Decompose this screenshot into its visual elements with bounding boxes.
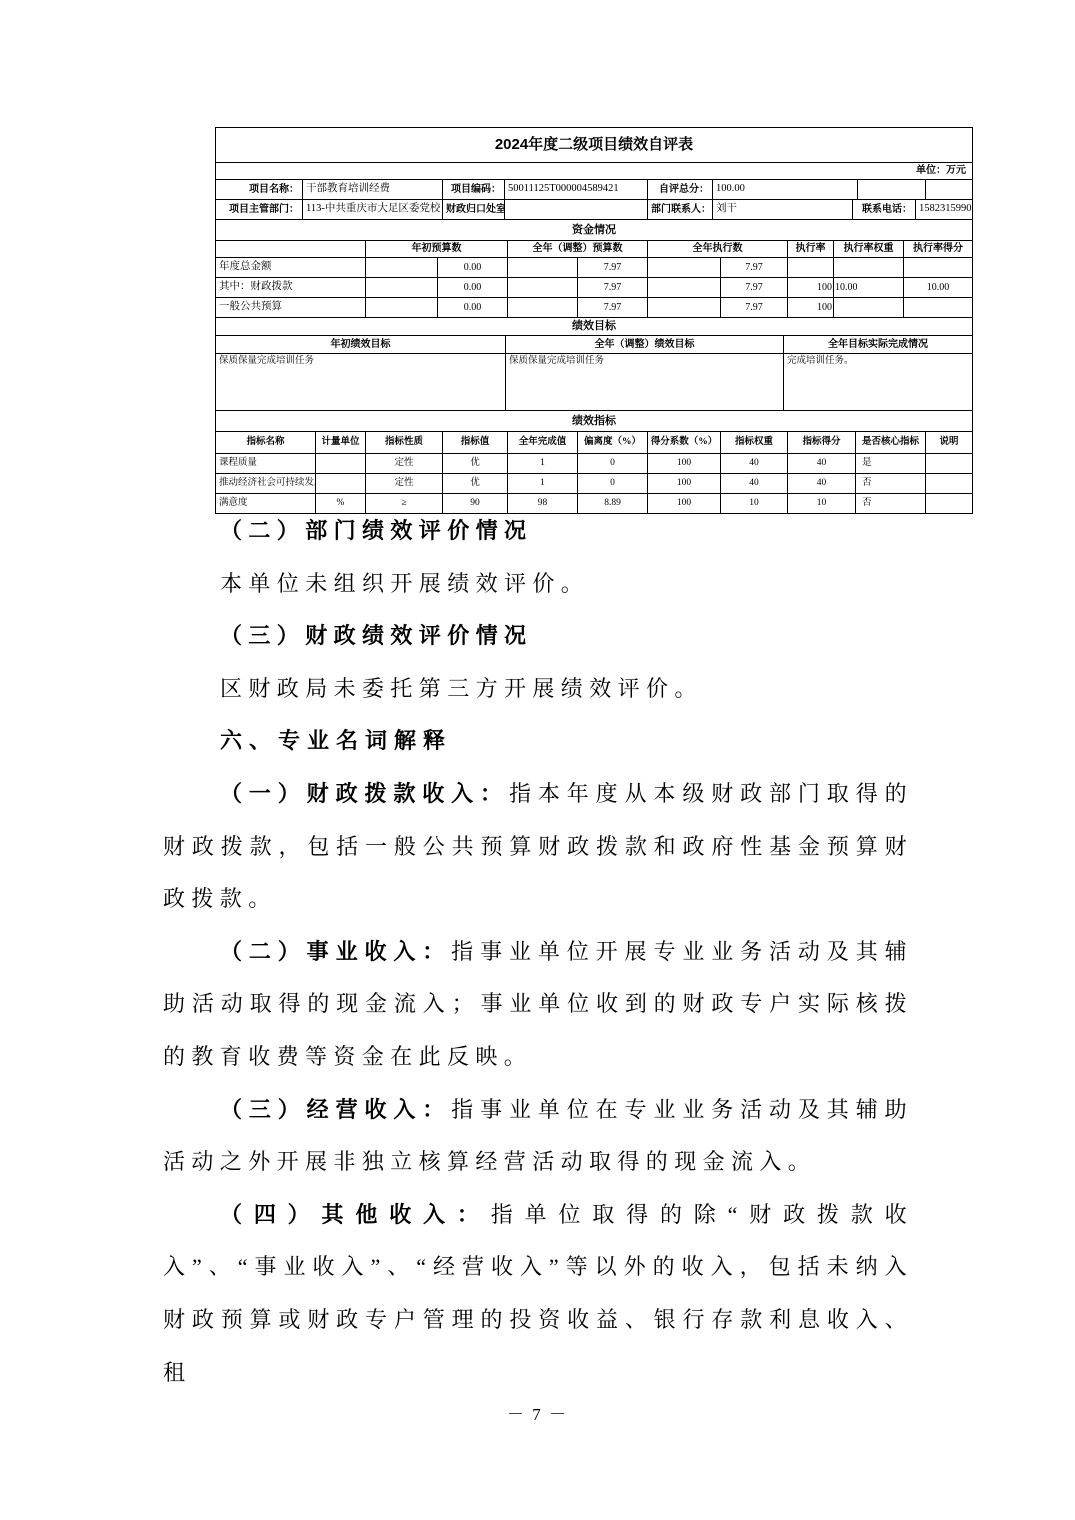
indicator-cell: 0	[578, 474, 648, 494]
col-header-initial-target: 年初绩效目标	[216, 336, 506, 354]
indicator-cell: 是	[856, 454, 926, 474]
indicator-cell: 100	[648, 474, 721, 494]
table-row: 项目主管部门： 113-中共重庆市大足区委党校 财政归口处室： 部门联系人： 刘…	[216, 200, 973, 220]
table-title-row: 2024年度二级项目绩效自评表	[215, 127, 973, 163]
table-row: 其中：财政拨款 0.00 7.97 7.97 100 10.00 10.00	[216, 278, 973, 298]
funding-cell: 0.00	[438, 258, 508, 278]
indicator-cell: 推动经济社会可持续发展	[216, 474, 316, 494]
funding-row-label: 一般公共预算	[216, 298, 366, 318]
funding-cell	[904, 298, 973, 318]
definition-lead: （一）财政拨款收入：	[220, 781, 509, 806]
adjusted-target-value: 保质保量完成培训任务	[506, 354, 784, 411]
definition-lead: （三）经营收入：	[220, 1097, 451, 1122]
finance-office-label: 财政归口处室：	[443, 200, 505, 220]
phone-value: 15823159901	[916, 200, 973, 220]
funding-cell: 7.97	[578, 278, 648, 298]
col-header-core-indicator: 是否核心指标	[856, 432, 926, 454]
empty-cell	[366, 258, 438, 278]
indicator-cell: 40	[721, 454, 788, 474]
project-code-label: 项目编码：	[443, 180, 505, 200]
funding-cell: 0.00	[438, 298, 508, 318]
table-row: 一般公共预算 0.00 7.97 7.97 100	[216, 298, 973, 318]
col-header-exec-rate: 执行率	[788, 241, 834, 258]
empty-cell	[508, 298, 578, 318]
col-header-initial-budget: 年初预算数	[366, 241, 508, 258]
indicator-cell: 1	[508, 474, 578, 494]
paragraph: 区财政局未委托第三方开展绩效评价。	[163, 663, 913, 716]
indicator-cell	[316, 474, 366, 494]
targets-table: 年初绩效目标 全年（调整）绩效目标 全年目标实际完成情况 保质保量完成培训任务 …	[215, 335, 973, 411]
funding-cell	[834, 298, 904, 318]
indicator-cell: 课程质量	[216, 454, 316, 474]
funding-header-row: 年初预算数 全年（调整）预算数 全年执行数 执行率 执行率权重 执行率得分	[216, 241, 973, 258]
empty-cell	[216, 241, 366, 258]
funding-cell	[834, 258, 904, 278]
document-body: （二）部门绩效评价情况 本单位未组织开展绩效评价。 （三）财政绩效评价情况 区财…	[163, 505, 913, 1399]
indicators-table: 指标名称 计量单位 指标性质 指标值 全年完成值 偏离度（%） 得分系数（%） …	[215, 431, 973, 514]
indicator-cell	[316, 454, 366, 474]
funding-cell: 7.97	[578, 258, 648, 278]
indicator-cell: 否	[856, 474, 926, 494]
funding-cell: 7.97	[721, 258, 788, 278]
definition-paragraph: （一）财政拨款收入：指本年度从本级财政部门取得的财政拨款，包括一般公共预算财政拨…	[163, 768, 913, 926]
self-score-value: 100.00	[713, 180, 858, 200]
indicator-cell: 优	[443, 474, 508, 494]
col-header-actual-completion: 全年目标实际完成情况	[784, 336, 973, 354]
funding-cell	[904, 258, 973, 278]
unit-note: 单位：万元	[216, 163, 973, 180]
funding-section-bar: 资金情况	[215, 219, 973, 241]
table-row: 年度总金额 0.00 7.97 7.97	[216, 258, 973, 278]
funding-cell: 7.97	[578, 298, 648, 318]
initial-target-value: 保质保量完成培训任务	[216, 354, 506, 411]
col-header-nature: 指标性质	[366, 432, 443, 454]
self-evaluation-table: 2024年度二级项目绩效自评表 单位：万元 项目名称： 干部教育培训经费 项目编…	[215, 127, 972, 514]
finance-office-value	[505, 200, 648, 220]
indicator-cell: 40	[721, 474, 788, 494]
indicator-cell: 40	[788, 474, 856, 494]
indicator-cell	[926, 474, 973, 494]
funding-table: 年初预算数 全年（调整）预算数 全年执行数 执行率 执行率权重 执行率得分 年度…	[215, 240, 973, 318]
targets-header-row: 年初绩效目标 全年（调整）绩效目标 全年目标实际完成情况	[216, 336, 973, 354]
project-name-value: 干部教育培训经费	[303, 180, 443, 200]
heading-dept-evaluation: （二）部门绩效评价情况	[163, 505, 913, 558]
project-name-label: 项目名称：	[216, 180, 303, 200]
definition-lead: （四）其他收入：	[220, 1202, 491, 1227]
col-header-score: 指标得分	[788, 432, 856, 454]
table-row: 保质保量完成培训任务 保质保量完成培训任务 完成培训任务。	[216, 354, 973, 411]
funding-row-label: 其中：财政拨款	[216, 278, 366, 298]
empty-cell	[508, 278, 578, 298]
definition-paragraph: （三）经营收入：指事业单位在专业业务活动及其辅助活动之外开展非独立核算经营活动取…	[163, 1084, 913, 1189]
funding-cell: 0.00	[438, 278, 508, 298]
col-header-unit: 计量单位	[316, 432, 366, 454]
empty-cell	[366, 298, 438, 318]
definition-lead: （二）事业收入：	[220, 939, 451, 964]
indicators-header-row: 指标名称 计量单位 指标性质 指标值 全年完成值 偏离度（%） 得分系数（%） …	[216, 432, 973, 454]
document-page: 2024年度二级项目绩效自评表 单位：万元 项目名称： 干部教育培训经费 项目编…	[0, 0, 1075, 1520]
empty-cell	[366, 278, 438, 298]
empty-cell	[648, 258, 721, 278]
funding-cell: 7.97	[721, 298, 788, 318]
phone-label: 联系电话：	[853, 200, 916, 220]
contact-label: 部门联系人：	[648, 200, 713, 220]
table-row: 推动经济社会可持续发展 定性 优 1 0 100 40 40 否	[216, 474, 973, 494]
indicator-cell: 优	[443, 454, 508, 474]
targets-section-bar: 绩效目标	[215, 317, 973, 336]
targets-section-title: 绩效目标	[216, 318, 973, 336]
col-header-exec-rate-weight: 执行率权重	[834, 241, 904, 258]
indicator-cell: 40	[788, 454, 856, 474]
heading-finance-evaluation: （三）财政绩效评价情况	[163, 610, 913, 663]
empty-cell	[648, 298, 721, 318]
funding-cell: 7.97	[721, 278, 788, 298]
dept-value: 113-中共重庆市大足区委党校	[303, 200, 443, 220]
definition-paragraph: （二）事业收入：指事业单位开展专业业务活动及其辅助活动取得的现金流入；事业单位收…	[163, 926, 913, 1084]
col-header-target-value: 指标值	[443, 432, 508, 454]
table-title: 2024年度二级项目绩效自评表	[216, 128, 973, 163]
project-info-row-1: 项目名称： 干部教育培训经费 项目编码： 50011125T0000045894…	[215, 179, 973, 200]
funding-row-label: 年度总金额	[216, 258, 366, 278]
col-header-deviation: 偏离度（%）	[578, 432, 648, 454]
funding-section-title: 资金情况	[216, 220, 973, 241]
heading-terminology: 六、专业名词解释	[163, 715, 913, 768]
funding-cell: 100	[788, 298, 834, 318]
funding-cell: 100	[788, 278, 834, 298]
col-header-score-coefficient: 得分系数（%）	[648, 432, 721, 454]
contact-value: 刘干	[713, 200, 853, 220]
empty-cell	[858, 180, 926, 200]
actual-completion-value: 完成培训任务。	[784, 354, 973, 411]
definition-text: 指单位取得的除“财政拨款收入”、“事业收入”、“经营收入”等以外的收入，包括未纳…	[163, 1202, 913, 1385]
funding-cell: 10.00	[834, 278, 904, 298]
col-header-weight: 指标权重	[721, 432, 788, 454]
funding-cell: 10.00	[904, 278, 973, 298]
indicator-cell: 0	[578, 454, 648, 474]
unit-note-row: 单位：万元	[215, 162, 973, 180]
indicators-section-bar: 绩效指标	[215, 410, 973, 432]
self-score-label: 自评总分：	[648, 180, 713, 200]
table-row: 课程质量 定性 优 1 0 100 40 40 是	[216, 454, 973, 474]
col-header-completed-value: 全年完成值	[508, 432, 578, 454]
indicator-cell: 1	[508, 454, 578, 474]
col-header-execution: 全年执行数	[648, 241, 788, 258]
empty-cell	[508, 258, 578, 278]
empty-cell	[926, 180, 973, 200]
dept-label: 项目主管部门：	[216, 200, 303, 220]
indicator-cell: 定性	[366, 454, 443, 474]
definition-paragraph: （四）其他收入：指单位取得的除“财政拨款收入”、“事业收入”、“经营收入”等以外…	[163, 1189, 913, 1399]
indicator-cell: 定性	[366, 474, 443, 494]
col-header-adjusted-budget: 全年（调整）预算数	[508, 241, 648, 258]
col-header-remark: 说明	[926, 432, 973, 454]
indicators-section-title: 绩效指标	[216, 411, 973, 432]
project-code-value: 50011125T000004589421	[505, 180, 648, 200]
indicator-cell	[926, 494, 973, 514]
col-header-exec-rate-score: 执行率得分	[904, 241, 973, 258]
col-header-indicator-name: 指标名称	[216, 432, 316, 454]
funding-cell	[788, 258, 834, 278]
indicator-cell	[926, 454, 973, 474]
paragraph: 本单位未组织开展绩效评价。	[163, 558, 913, 611]
empty-cell	[648, 278, 721, 298]
indicator-cell: 100	[648, 454, 721, 474]
page-number: － 7 －	[0, 1400, 1075, 1425]
table-row: 项目名称： 干部教育培训经费 项目编码： 50011125T0000045894…	[216, 180, 973, 200]
project-info-row-2: 项目主管部门： 113-中共重庆市大足区委党校 财政归口处室： 部门联系人： 刘…	[215, 199, 973, 220]
col-header-adjusted-target: 全年（调整）绩效目标	[506, 336, 784, 354]
